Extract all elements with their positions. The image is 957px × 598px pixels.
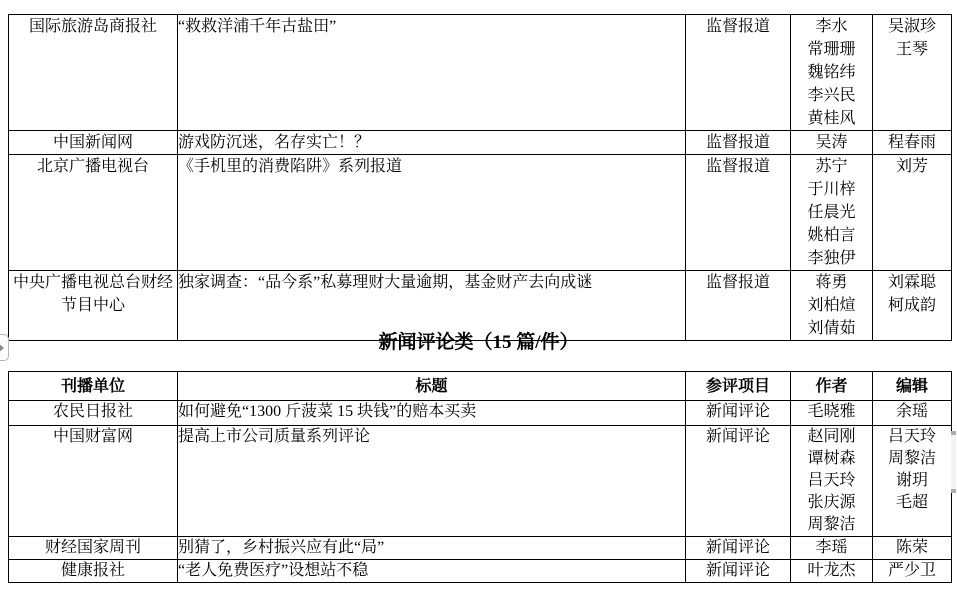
table-header-row: 刊播单位 标题 参评项目 作者 编辑 [9, 372, 952, 401]
title-cell: 提高上市公司质量系列评论 [178, 426, 686, 537]
category-cell: 监督报道 [686, 15, 791, 131]
category-cell: 新闻评论 [686, 560, 791, 583]
unit-cell: 北京广播电视台 [9, 155, 178, 271]
category-cell: 新闻评论 [686, 426, 791, 537]
editors-cell: 余瑶 [873, 401, 952, 426]
table-row: 农民日报社 如何避免“1300 斤菠菜 15 块钱”的赔本买卖 新闻评论 毛晓雅… [9, 401, 952, 426]
title-cell: 游戏防沉迷，名存实亡！？ [178, 131, 686, 155]
editors-cell: 吕天玲 周黎洁 谢玥 毛超 [873, 426, 952, 537]
right-arrow-icon [0, 343, 4, 353]
scrollbar-thumb[interactable] [951, 431, 956, 493]
editors-cell: 陈荣 [873, 537, 952, 560]
section-heading: 新闻评论类（15 篇/件） [0, 330, 957, 356]
title-cell: 别猜了，乡村振兴应有此“局” [178, 537, 686, 560]
column-header-authors: 作者 [791, 372, 873, 401]
table-row: 财经国家周刊 别猜了，乡村振兴应有此“局” 新闻评论 李瑶 陈荣 [9, 537, 952, 560]
title-cell: 如何避免“1300 斤菠菜 15 块钱”的赔本买卖 [178, 401, 686, 426]
table-row: 北京广播电视台 《手机里的消费陷阱》系列报道 监督报道 苏宁 于川梓 任晨光 姚… [9, 155, 952, 271]
authors-cell: 李瑶 [791, 537, 873, 560]
column-header-unit: 刊播单位 [9, 372, 178, 401]
editors-cell: 刘芳 [873, 155, 952, 271]
category-cell: 监督报道 [686, 155, 791, 271]
authors-cell: 毛晓雅 [791, 401, 873, 426]
column-header-title: 标题 [178, 372, 686, 401]
supervision-report-table: 国际旅游岛商报社 “救救洋浦千年古盐田” 监督报道 李水 常珊珊 魏铭纬 李兴民… [8, 14, 952, 341]
unit-cell: 中国新闻网 [9, 131, 178, 155]
unit-cell: 农民日报社 [9, 401, 178, 426]
authors-cell: 李水 常珊珊 魏铭纬 李兴民 黄桂风 [791, 15, 873, 131]
unit-cell: 健康报社 [9, 560, 178, 583]
category-cell: 新闻评论 [686, 537, 791, 560]
document-page: 国际旅游岛商报社 “救救洋浦千年古盐田” 监督报道 李水 常珊珊 魏铭纬 李兴民… [0, 0, 957, 598]
category-cell: 新闻评论 [686, 401, 791, 426]
title-cell: “老人免费医疗”设想站不稳 [178, 560, 686, 583]
editors-cell: 程春雨 [873, 131, 952, 155]
column-header-editors: 编辑 [873, 372, 952, 401]
unit-cell: 中国财富网 [9, 426, 178, 537]
news-commentary-table: 刊播单位 标题 参评项目 作者 编辑 农民日报社 如何避免“1300 斤菠菜 1… [8, 371, 952, 583]
unit-cell: 国际旅游岛商报社 [9, 15, 178, 131]
editors-cell: 严少卫 [873, 560, 952, 583]
authors-cell: 苏宁 于川梓 任晨光 姚柏言 李独伊 [791, 155, 873, 271]
nav-arrow-button[interactable] [0, 334, 9, 361]
unit-cell: 财经国家周刊 [9, 537, 178, 560]
category-cell: 监督报道 [686, 131, 791, 155]
table-row: 中国新闻网 游戏防沉迷，名存实亡！？ 监督报道 吴涛 程春雨 [9, 131, 952, 155]
table-row: 中国财富网 提高上市公司质量系列评论 新闻评论 赵同刚 谭树森 吕天玲 张庆源 … [9, 426, 952, 537]
authors-cell: 赵同刚 谭树森 吕天玲 张庆源 周黎洁 [791, 426, 873, 537]
table-row: 健康报社 “老人免费医疗”设想站不稳 新闻评论 叶龙杰 严少卫 [9, 560, 952, 583]
editors-cell: 吴淑珍 王琴 [873, 15, 952, 131]
title-cell: “救救洋浦千年古盐田” [178, 15, 686, 131]
authors-cell: 吴涛 [791, 131, 873, 155]
authors-cell: 叶龙杰 [791, 560, 873, 583]
title-cell: 《手机里的消费陷阱》系列报道 [178, 155, 686, 271]
column-header-category: 参评项目 [686, 372, 791, 401]
table-row: 国际旅游岛商报社 “救救洋浦千年古盐田” 监督报道 李水 常珊珊 魏铭纬 李兴民… [9, 15, 952, 131]
